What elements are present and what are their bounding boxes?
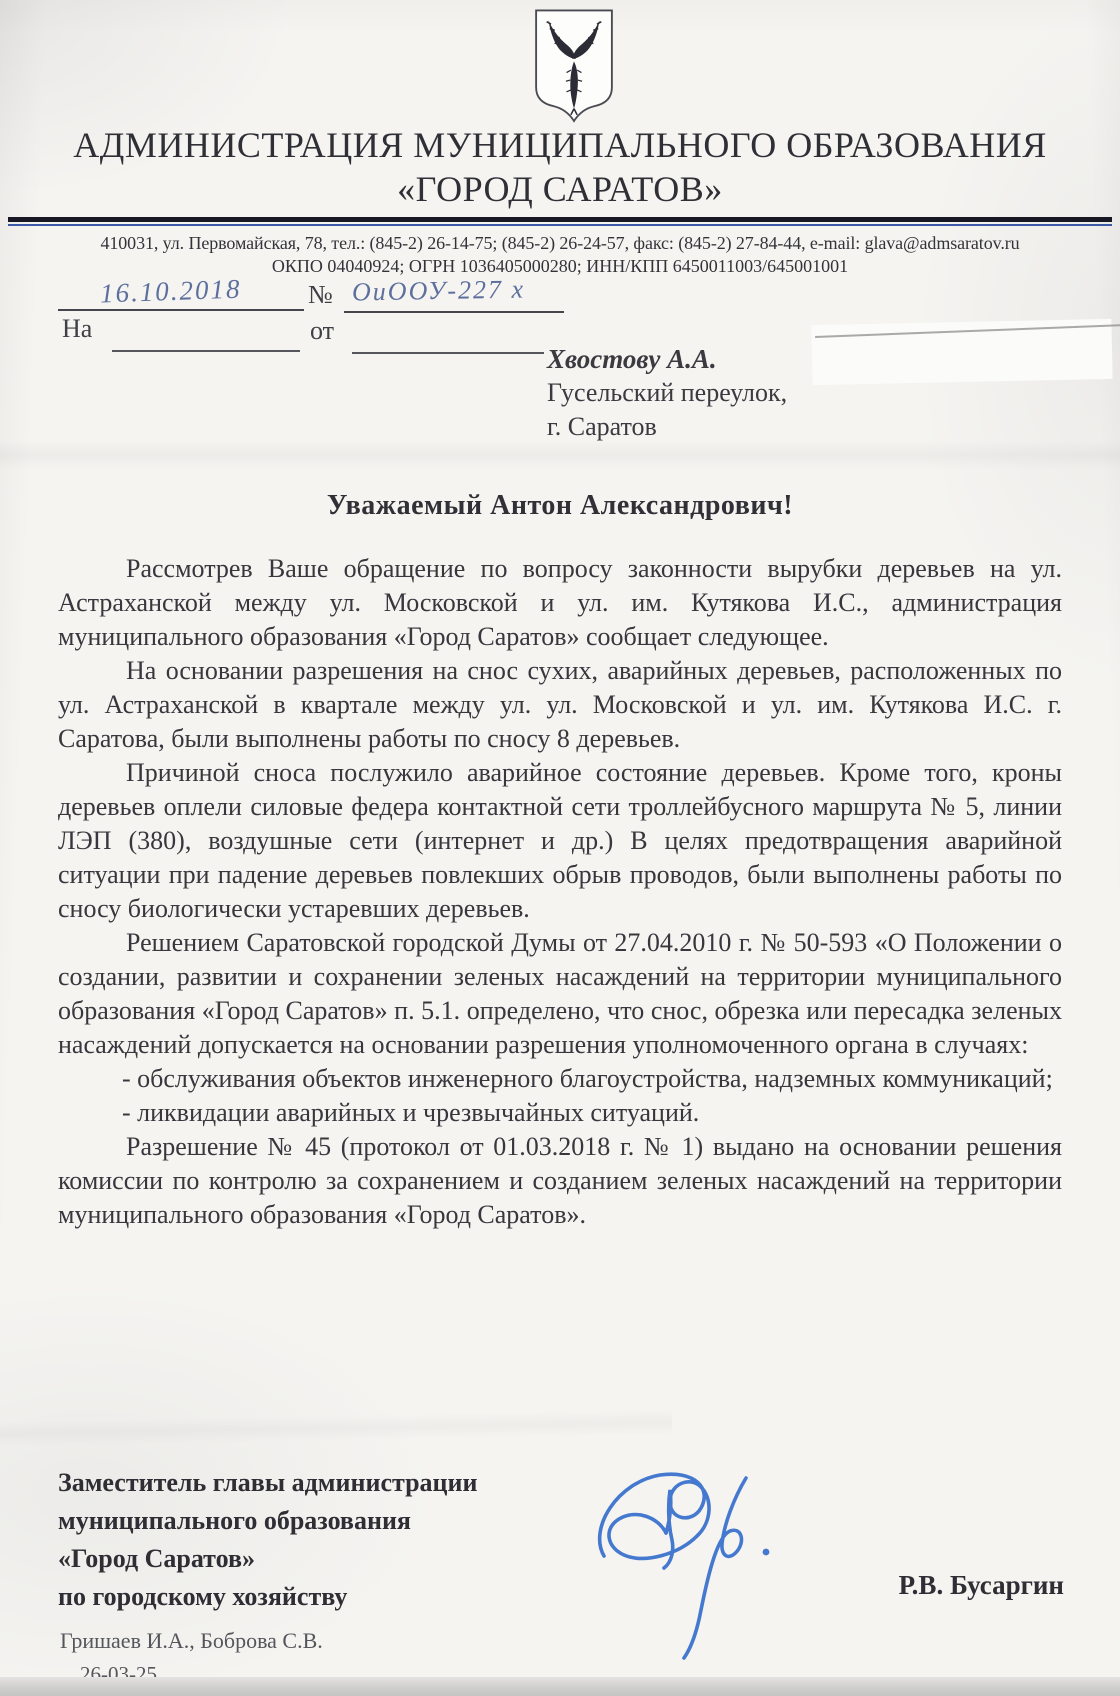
letterhead-divider bbox=[8, 217, 1112, 226]
signer-position-line: муниципального образования bbox=[58, 1502, 477, 1540]
handwritten-outgoing-number: ОиООУ-227 х bbox=[352, 274, 526, 307]
org-name-line1: АДМИНИСТРАЦИЯ МУНИЦИПАЛЬНОГО ОБРАЗОВАНИЯ bbox=[0, 124, 1120, 166]
recipient-name: Хвостову А.А. bbox=[547, 342, 787, 376]
body-paragraph: На основании разрешения на снос сухих, а… bbox=[58, 654, 1062, 756]
recipient-block: Хвостову А.А. Гусельский переулок, г. Са… bbox=[547, 342, 787, 444]
body-paragraph: Рассмотрев Ваше обращение по вопросу зак… bbox=[58, 552, 1062, 654]
scan-bottom-edge bbox=[0, 1677, 1120, 1696]
executors-line: Гришаев И.А., Боброва С.В. bbox=[60, 1628, 323, 1654]
signer-position-line: по городскому хозяйству bbox=[58, 1578, 477, 1616]
org-name-line2: «ГОРОД САРАТОВ» bbox=[0, 168, 1120, 210]
redaction-patch bbox=[811, 319, 1112, 385]
number-underline bbox=[344, 311, 564, 313]
recipient-address-line2: г. Саратов bbox=[547, 410, 787, 444]
na-underline bbox=[112, 350, 300, 352]
signer-position-block: Заместитель главы администрации муниципа… bbox=[58, 1464, 477, 1616]
number-sign: № bbox=[308, 280, 333, 310]
body-paragraph: Причиной сноса послужило аварийное состо… bbox=[58, 756, 1062, 926]
na-label: На bbox=[62, 314, 92, 344]
signer-name: Р.В. Бусаргин bbox=[899, 1570, 1064, 1601]
body-paragraph: Разрешение № 45 (протокол от 01.03.2018 … bbox=[58, 1130, 1062, 1232]
signer-position-line: «Город Саратов» bbox=[58, 1540, 477, 1578]
body-paragraph: Решением Саратовской городской Думы от 2… bbox=[58, 926, 1062, 1062]
scanned-letter-page: АДМИНИСТРАЦИЯ МУНИЦИПАЛЬНОГО ОБРАЗОВАНИЯ… bbox=[0, 0, 1120, 1696]
handwritten-signature bbox=[560, 1428, 800, 1668]
signer-position-line: Заместитель главы администрации bbox=[58, 1464, 477, 1502]
letter-body: Рассмотрев Ваше обращение по вопросу зак… bbox=[58, 552, 1062, 1232]
ot-underline bbox=[352, 352, 544, 354]
registration-numbers: ОКПО 04040924; ОГРН 1036405000280; ИНН/К… bbox=[0, 256, 1120, 277]
salutation: Уважаемый Антон Александрович! bbox=[0, 490, 1120, 522]
saratov-coat-of-arms-icon bbox=[527, 8, 621, 126]
contact-line: 410031, ул. Первомайская, 78, тел.: (845… bbox=[0, 233, 1120, 254]
ot-label: от bbox=[310, 316, 334, 346]
date-underline bbox=[58, 309, 304, 311]
body-list-item: - обслуживания объектов инженерного благ… bbox=[122, 1062, 1062, 1096]
paper-crease bbox=[0, 440, 1120, 470]
recipient-address-line1: Гусельский переулок, bbox=[547, 376, 787, 410]
handwritten-date: 16.10.2018 bbox=[100, 274, 242, 310]
body-list-item: - ликвидации аварийных и чрезвычайных си… bbox=[122, 1096, 1062, 1130]
